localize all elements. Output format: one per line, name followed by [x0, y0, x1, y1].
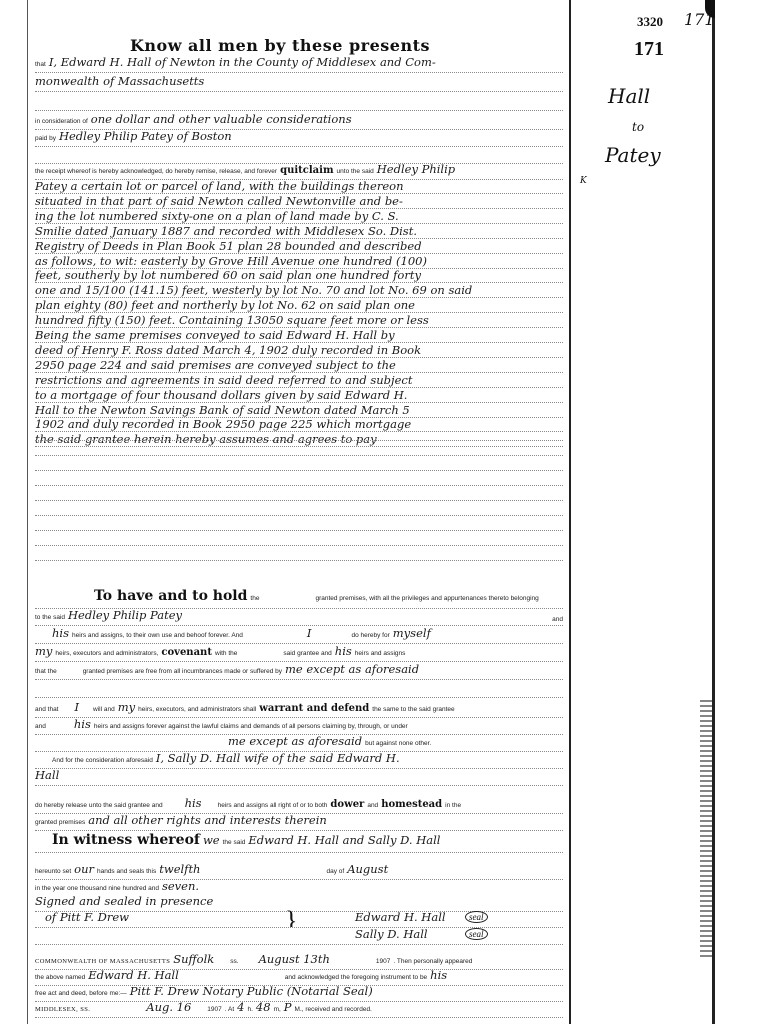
deed-body-line: 2950 page 224 and said premises are conv…: [35, 358, 563, 373]
blank-line: [35, 560, 563, 561]
habendum-line-1: To have and to hold the granted premises…: [35, 588, 563, 609]
blank-line: [35, 440, 563, 441]
grantor-line-2: monwealth of Massachusetts: [35, 74, 563, 92]
deed-body-line: one and 15/100 (141.15) feet, westerly b…: [35, 283, 563, 298]
signature-sally: Sally D. Hall: [355, 927, 428, 941]
grantor-line-1: that I, Edward H. Hall of Newton in the …: [35, 55, 563, 73]
warranty-line-2: and his heirs and assigns forever agains…: [35, 717, 563, 735]
quitclaim-line: the receipt whereof is hereby acknowledg…: [35, 162, 563, 180]
seal-1: seal: [465, 911, 488, 923]
deed-body-line: to a mortgage of four thousand dollars g…: [35, 388, 563, 403]
deed-body-line: restrictions and agreements in said deed…: [35, 373, 563, 388]
consideration-value: one dollar and other valuable considerat…: [91, 112, 352, 126]
blank-line: [35, 455, 563, 456]
deed-body-line: Hall to the Newton Savings Bank of said …: [35, 403, 563, 418]
recording-line: Middlesex, ss. Aug. 16 1907 . At 4 h. 48…: [35, 1000, 563, 1018]
quitclaim-word: quitclaim: [280, 165, 333, 176]
deed-body-line: as follows, to wit: easterly by Grove Hi…: [35, 254, 563, 269]
margin-grantor: Hall: [608, 84, 650, 108]
blank-line: [35, 500, 563, 501]
deed-body-line: hundred fifty (150) feet. Containing 130…: [35, 313, 563, 328]
margin-grantee: Patey: [605, 143, 661, 167]
margin-divider: [569, 0, 571, 1024]
habendum-line-4: my heirs, executors and administrators, …: [35, 644, 563, 662]
deed-body-line: situated in that part of said Newton cal…: [35, 194, 563, 209]
blank-line: [35, 530, 563, 531]
warranty-line-3: me except as aforesaid but against none …: [35, 734, 563, 752]
consideration-line: in consideration of one dollar and other…: [35, 112, 563, 130]
margin-mark: K: [580, 176, 587, 186]
release-line-3: do hereby release unto the said grantee …: [35, 796, 563, 814]
habendum-line-3: his heirs and assigns, to their own use …: [35, 626, 563, 644]
handwritten-number: 171: [684, 10, 715, 29]
scan-noise: [700, 700, 714, 960]
habendum-heading: To have and to hold: [94, 588, 247, 604]
deed-body-line: 1902 and duly recorded in Book 2950 page…: [35, 417, 563, 432]
margin-to: to: [632, 120, 644, 134]
deed-body-line: Patey a certain lot or parcel of land, w…: [35, 179, 563, 194]
witness-signed-line-2: of Pitt F. Drew } Edward H. Hall seal: [35, 910, 563, 928]
stamp-number: 3320: [637, 14, 663, 30]
brace: }: [285, 910, 297, 928]
deed-body-line: feet, southerly by lot numbered 60 on sa…: [35, 268, 563, 283]
blank-line: [35, 852, 563, 853]
paid-by-line: paid by Hedley Philip Patey of Boston: [35, 129, 563, 147]
blank-line: [35, 515, 563, 516]
release-line-1: And for the consideration aforesaid I, S…: [35, 751, 563, 769]
deed-body-line: Registry of Deeds in Plan Book 51 plan 2…: [35, 239, 563, 254]
habendum-line-2: to the said Hedley Philip Patey and: [35, 608, 563, 626]
document-title: Know all men by these presents: [130, 36, 430, 55]
deed-body-line: deed of Henry F. Ross dated March 4, 190…: [35, 343, 563, 358]
deed-body-line: Smilie dated January 1887 and recorded w…: [35, 224, 563, 239]
signature-edward: Edward H. Hall: [355, 910, 446, 924]
page-number: 171: [634, 38, 664, 61]
deed-body-line: Being the same premises conveyed to said…: [35, 328, 563, 343]
witness-signed-line-3: Sally D. Hall seal: [35, 927, 563, 945]
deed-body-line: ing the lot numbered sixty-one on a plan…: [35, 209, 563, 224]
grantor-text: I, Edward H. Hall of Newton in the Count…: [49, 55, 436, 69]
seal-2: seal: [465, 928, 488, 940]
blank-line: [35, 93, 563, 111]
blank-line: [35, 485, 563, 486]
witness-line-2: hereunto set our hands and seals this tw…: [35, 862, 563, 880]
deed-body-line: plan eighty (80) feet and northerly by l…: [35, 298, 563, 313]
page-left-border: [27, 0, 28, 1024]
witness-heading: In witness whereof: [52, 832, 200, 848]
blank-line: [35, 470, 563, 471]
blank-line: [35, 944, 563, 945]
release-line-4: granted premises and all other rights an…: [35, 813, 563, 831]
blank-line: [35, 785, 563, 786]
paid-by-value: Hedley Philip Patey of Boston: [59, 129, 232, 143]
habendum-line-5: that the granted premises are free from …: [35, 662, 563, 680]
witness-line-1: In witness whereof we the said Edward H.…: [35, 832, 563, 853]
blank-line: [35, 545, 563, 546]
warranty-line-1: and that I will and my heirs, executors,…: [35, 700, 563, 718]
release-line-2: Hall: [35, 768, 563, 786]
blank-line: [35, 680, 563, 698]
